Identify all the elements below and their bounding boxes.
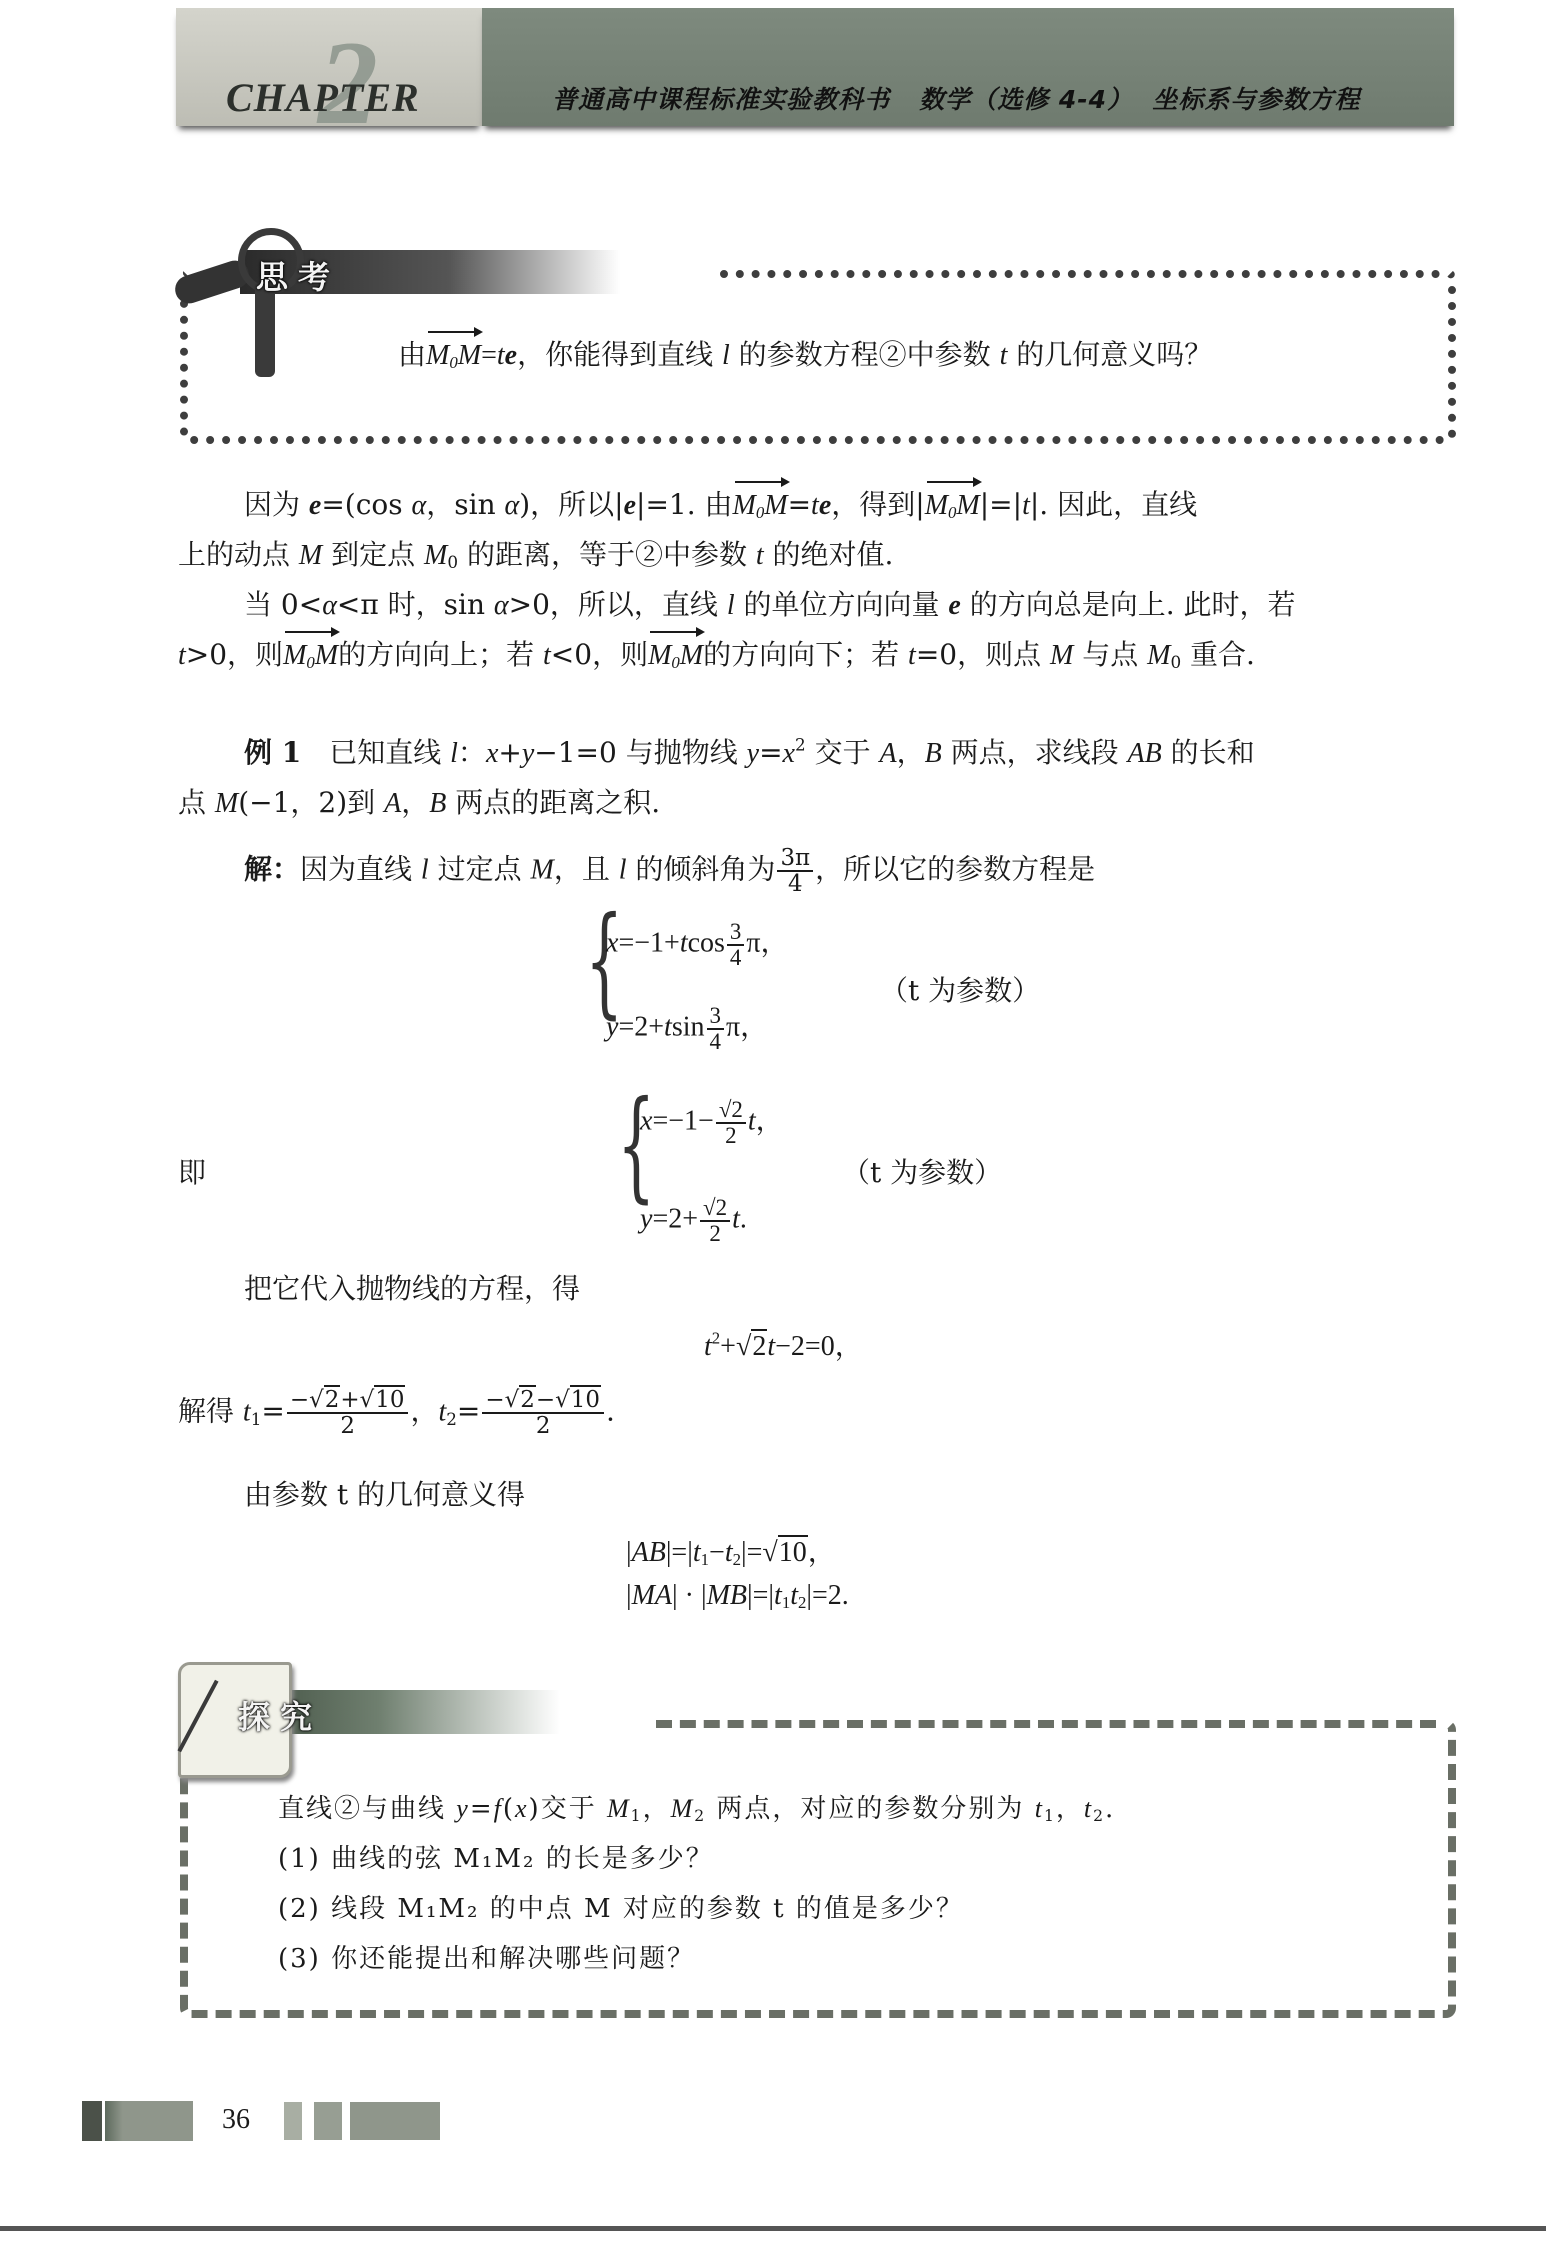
page-bottom-rule [0, 2226, 1546, 2231]
system1-eq2: y=2+tsin34π， [606, 1004, 768, 1054]
explore-label: 探究 [238, 1692, 322, 1738]
footer-decor-block [82, 2101, 102, 2141]
vector-m0m: M0M [426, 333, 481, 386]
page-number: 36 [222, 2104, 250, 2136]
system2-eq1: x=−1−√22t， [640, 1098, 784, 1148]
system2-eq2: y=2+√22t. [640, 1196, 747, 1246]
explore-box-top-dashes [656, 1720, 1436, 1728]
result-ab: |AB|=|t1−t2|=√10， [626, 1530, 836, 1570]
explore-question-1: (1) 曲线的弦 M₁M₂ 的长是多少？ [278, 1836, 714, 1882]
footer-decor-block [284, 2102, 302, 2140]
system1-note: （t 为参数） [880, 968, 1040, 1014]
explanation-line-1: 因为 e=(cos α，sin α)，所以|e|=1. 由M0M=te，得到|M… [244, 482, 1197, 536]
chapter-label: CHAPTER [226, 74, 420, 121]
quadratic-equation: t2+√2t−2=0， [704, 1324, 863, 1364]
footer-decor-block [314, 2102, 342, 2140]
substitute-text: 把它代入抛物线的方程，得 [244, 1266, 580, 1312]
think-label: 思考 [256, 252, 340, 298]
system2-note: （t 为参数） [842, 1150, 1002, 1196]
example-label: 例 1 [244, 736, 301, 769]
explanation-line-2: 上的动点 M 到定点 M0 的距离，等于②中参数 t 的绝对值. [178, 532, 893, 585]
explore-question-2: (2) 线段 M₁M₂ 的中点 M 对应的参数 t 的值是多少？ [278, 1886, 964, 1932]
footer-decor-block [350, 2102, 440, 2140]
example-statement-line-1: 例 1 已知直线 l：x+y−1=0 与抛物线 y=x2 交于 A，B 两点，求… [244, 730, 1255, 777]
solution-label: 解： [244, 853, 300, 886]
solve-label: 解得 [178, 1395, 234, 1428]
ji-label: 即 [178, 1150, 206, 1196]
think-eq: =te [481, 340, 517, 371]
think-question-suffix: ，你能得到直线 l 的参数方程②中参数 t 的几何意义吗？ [517, 338, 1212, 371]
explanation-line-3: 当 0<α<π 时，sin α>0，所以，直线 l 的单位方向向量 e 的方向总… [244, 582, 1296, 629]
system1-eq1: x=−1+tcos34π， [606, 920, 789, 970]
explore-intro: 直线②与曲线 y=f(x)交于 M1，M2 两点，对应的参数分别为 t1，t2. [278, 1786, 1115, 1839]
geometric-text: 由参数 t 的几何意义得 [244, 1472, 525, 1518]
example-statement-line-2: 点 M(−1，2)到 A，B 两点的距离之积. [178, 780, 660, 827]
book-title: 普通高中课程标准实验教科书 数学（选修 4-4） 坐标系与参数方程 [552, 80, 1360, 116]
solution-intro: 解：因为直线 l 过定点 M，且 l 的倾斜角为3π4，所以它的参数方程是 [244, 846, 1095, 896]
explanation-line-4: t>0，则M0M的方向向上；若 t<0，则M0M的方向向下；若 t=0，则点 M… [178, 632, 1255, 686]
think-question: 由M0M=te，你能得到直线 l 的参数方程②中参数 t 的几何意义吗？ [398, 332, 1212, 386]
solve-line: 解得 t1=−√2+√102，t2=−√2−√102. [178, 1388, 615, 1442]
think-question-prefix: 由 [398, 338, 426, 371]
footer-decor-block [105, 2101, 193, 2141]
think-box-top-dots [720, 270, 1440, 278]
explore-question-3: (3) 你还能提出和解决哪些问题？ [278, 1936, 695, 1982]
result-ma-mb: |MA| · |MB|=|t1t2|=2. [626, 1580, 849, 1613]
